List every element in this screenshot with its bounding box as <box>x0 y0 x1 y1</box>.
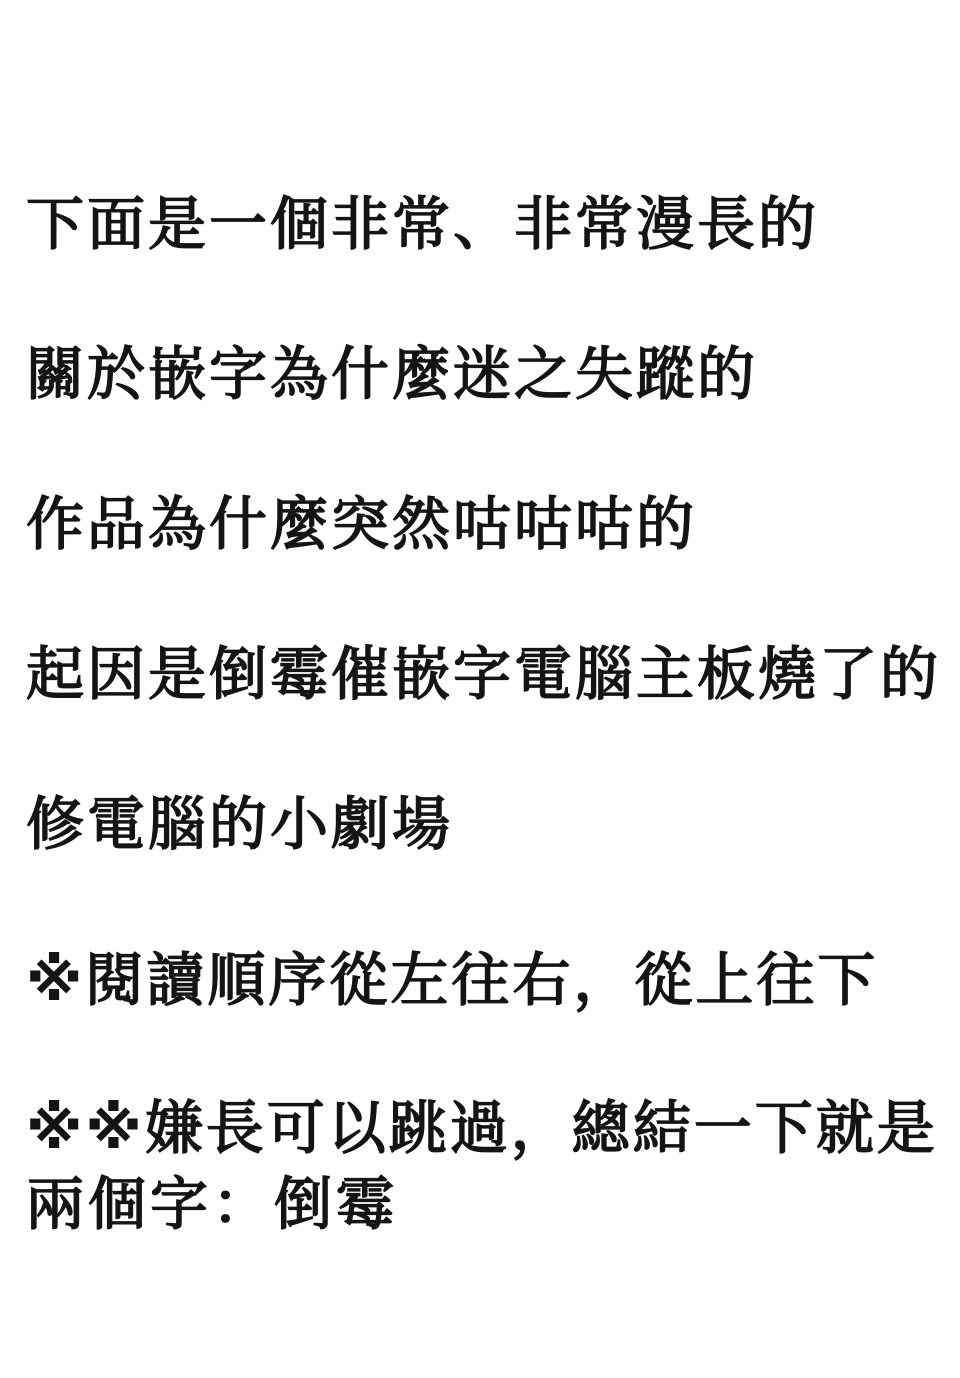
note-page: 下面是一個非常、非常漫長的 關於嵌字為什麼迷之失蹤的 作品為什麼突然咕咕咕的 起… <box>0 0 960 1378</box>
text-line-skip-note: ※※嫌長可以跳過，總結一下就是 <box>26 1090 950 1166</box>
text-line-intro-2: 關於嵌字為什麼迷之失蹤的 <box>26 336 950 412</box>
text-line-skip-note-continuation: 兩個字：倒霉 <box>26 1166 950 1242</box>
text-line-reading-order-note: ※閱讀順序從左往右，從上往下 <box>26 942 950 1018</box>
text-line-intro-1: 下面是一個非常、非常漫長的 <box>26 186 950 262</box>
text-line-title: 修電腦的小劇場 <box>26 786 950 862</box>
text-line-intro-3: 作品為什麼突然咕咕咕的 <box>26 486 950 562</box>
text-line-cause: 起因是倒霉催嵌字電腦主板燒了的 <box>26 636 950 712</box>
